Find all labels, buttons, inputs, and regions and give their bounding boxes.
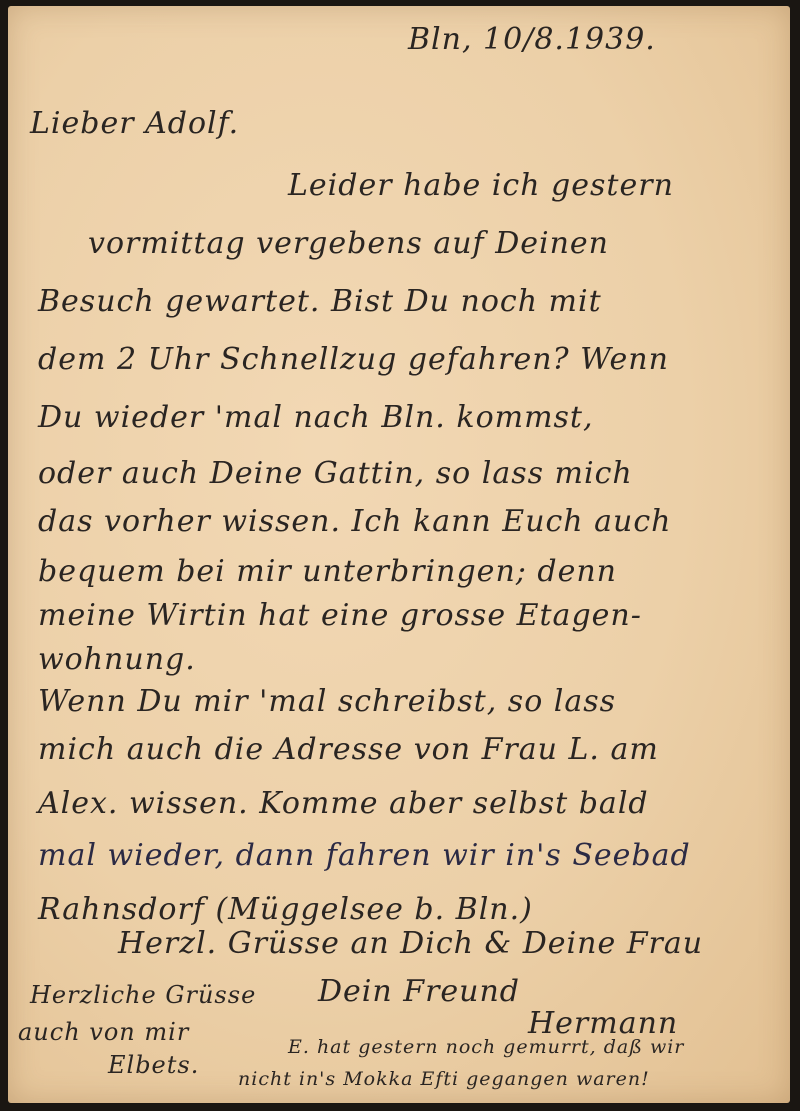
place-date: Bln, 10/8.1939. (408, 22, 656, 57)
body-line: oder auch Deine Gattin, so lass mich (38, 456, 633, 491)
body-line: meine Wirtin hat eine grosse Etagen- (38, 598, 642, 633)
body-line: Wenn Du mir 'mal schreibst, so lass (38, 684, 616, 719)
postscript-line: E. hat gestern noch gemurrt, daß wir (288, 1036, 684, 1058)
body-line: bequem bei mir unterbringen; denn (38, 554, 617, 589)
side-note-line: Elbets. (108, 1051, 199, 1079)
body-line: dem 2 Uhr Schnellzug gefahren? Wenn (38, 342, 669, 377)
postcard: Bln, 10/8.1939. Lieber Adolf. Leider hab… (8, 6, 790, 1103)
body-line: Du wieder 'mal nach Bln. kommst, (38, 400, 594, 435)
body-line: wohnung. (38, 642, 196, 677)
body-line: das vorher wissen. Ich kann Euch auch (38, 504, 672, 539)
greeting: Herzl. Grüsse an Dich & Deine Frau (118, 926, 703, 961)
body-line: Alex. wissen. Komme aber selbst bald (38, 786, 649, 821)
body-line: Leider habe ich gestern (288, 168, 674, 203)
closing: Dein Freund (318, 974, 520, 1009)
body-line: mich auch die Adresse von Frau L. am (38, 732, 659, 767)
side-note-line: Herzliche Grüsse (30, 981, 256, 1009)
postscript-line: nicht in's Mokka Efti gegangen waren! (238, 1068, 650, 1090)
side-note-line: auch von mir (18, 1018, 189, 1046)
body-line: Rahnsdorf (Müggelsee b. Bln.) (38, 892, 533, 927)
body-line: Besuch gewartet. Bist Du noch mit (38, 284, 602, 319)
salutation: Lieber Adolf. (30, 106, 239, 141)
body-line: mal wieder, dann fahren wir in's Seebad (38, 838, 691, 873)
body-line: vormittag vergebens auf Deinen (88, 226, 609, 261)
